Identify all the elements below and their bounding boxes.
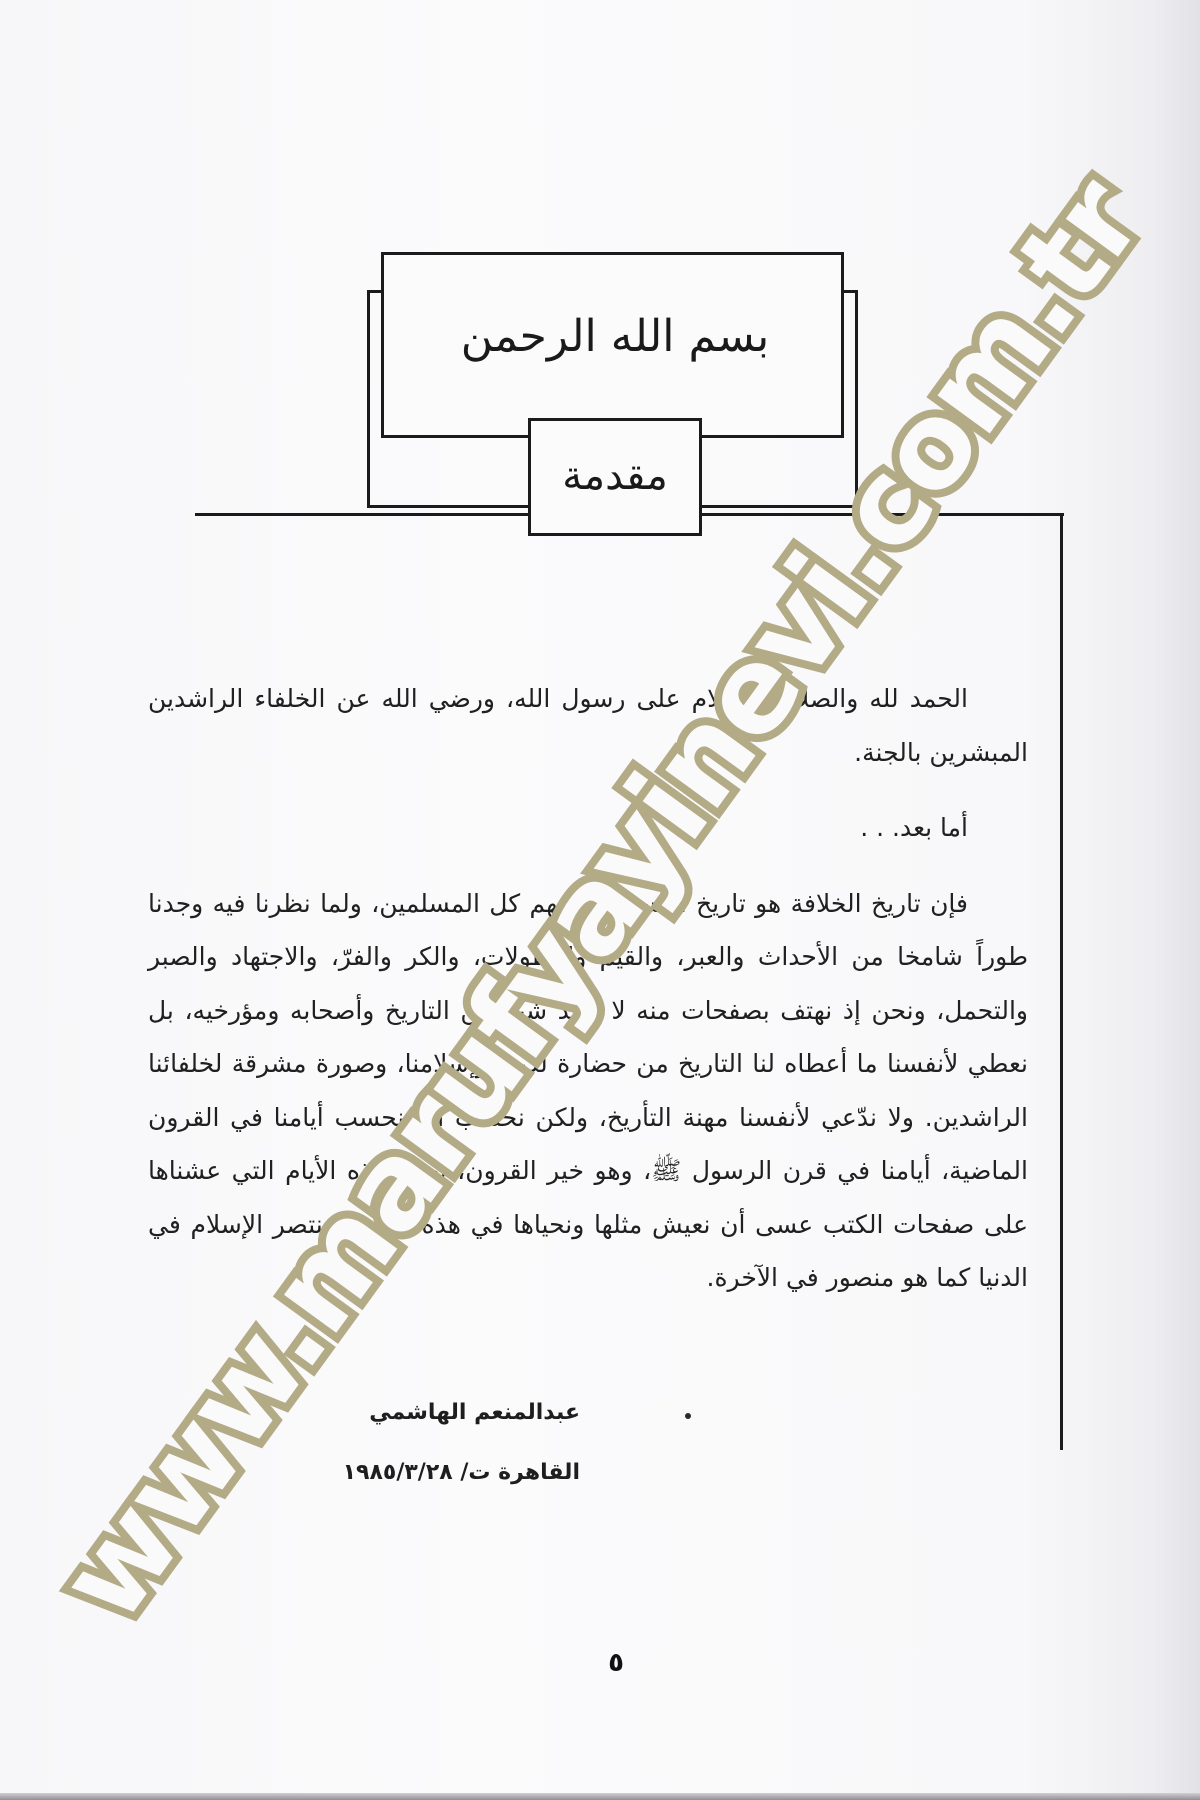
page-bottom-edge (0, 1793, 1200, 1800)
ink-dot (685, 1413, 691, 1419)
main-paragraph: فإن تاريخ الخلافة هو تاريخ المسلمين ويهم… (148, 877, 1028, 1305)
opening-paragraph: الحمد لله والصلاة والسلام على رسول الله،… (148, 672, 1028, 779)
section-title: مقدمة (530, 420, 700, 532)
introduction-body: الحمد لله والصلاة والسلام على رسول الله،… (148, 672, 1028, 1305)
book-page: بسم الله الرحمن الرحيم مقدمة الحمد لله و… (0, 0, 1200, 1800)
basmala-calligraphy: بسم الله الرحمن الرحيم (400, 262, 830, 412)
header-rule-vertical (1060, 513, 1063, 1450)
amma-bad-line: أما بعد. . . (148, 801, 1028, 855)
page-number: ٥ (596, 1648, 636, 1678)
author-name: عبدالمنعم الهاشمي (200, 1400, 580, 1425)
place-and-date: القاهرة ت/ ١٩٨٥/٣/٢٨ (200, 1460, 580, 1485)
